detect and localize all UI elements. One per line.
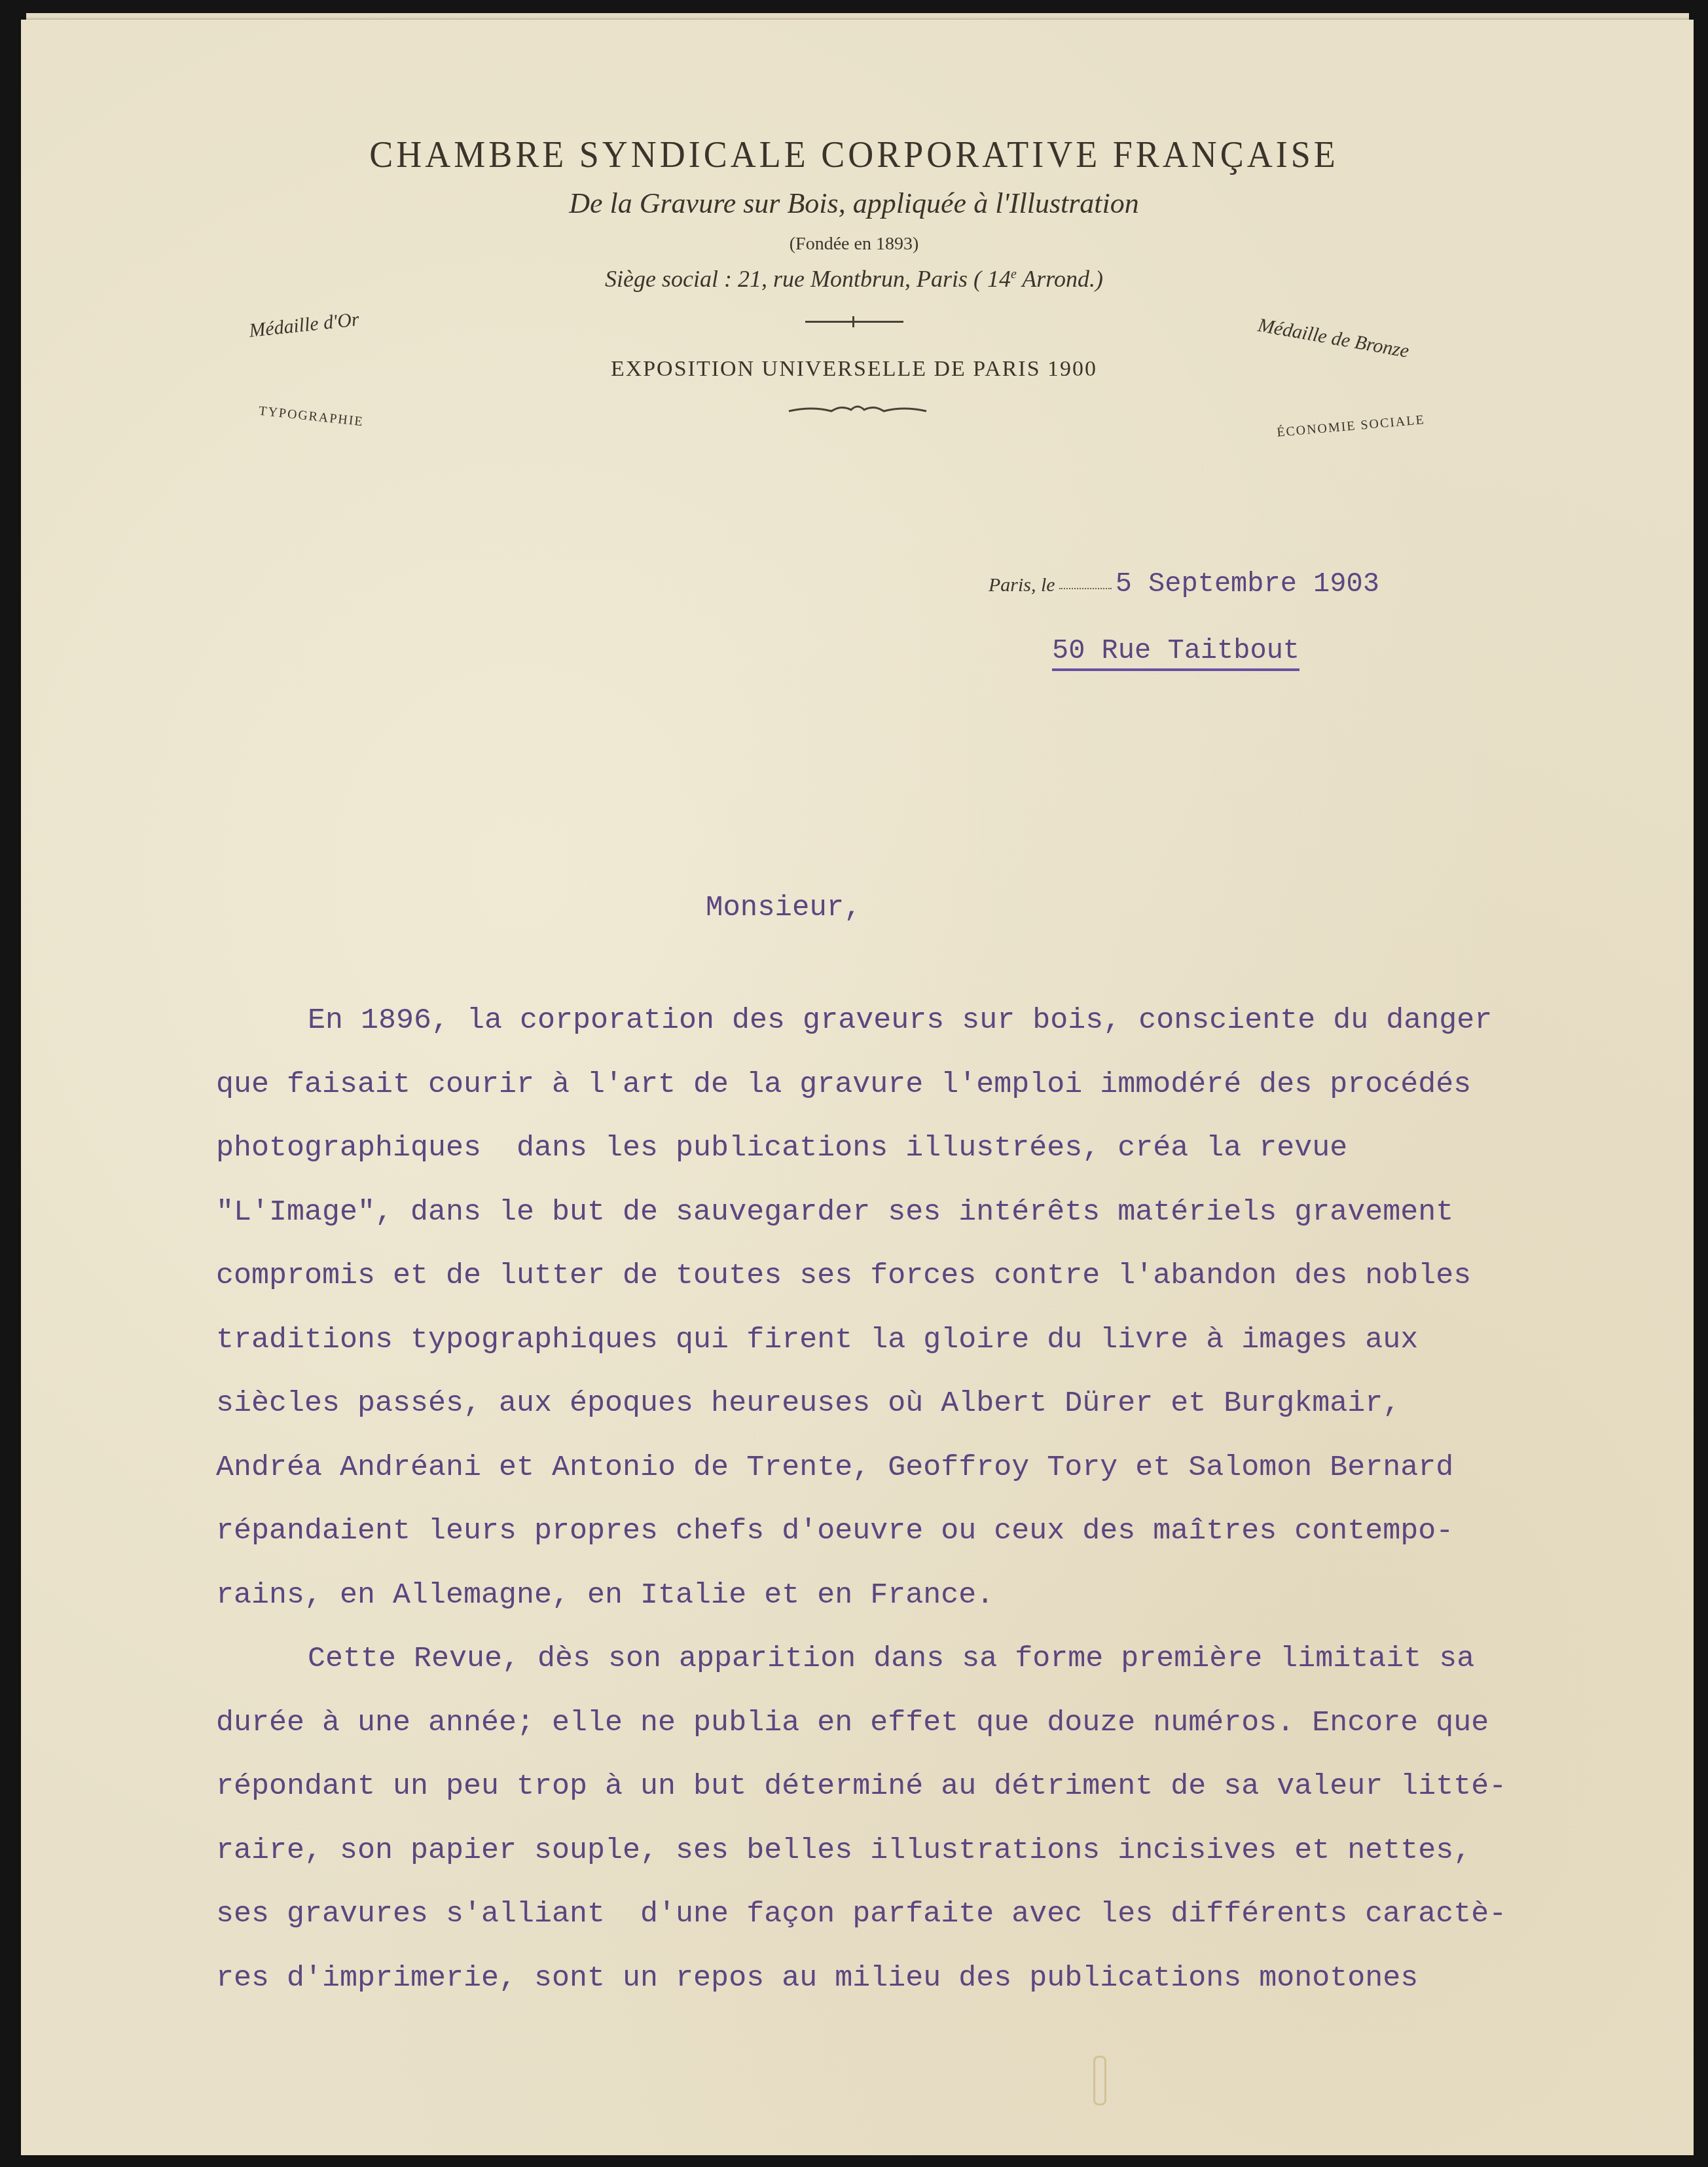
letterhead-seat: Siège social : 21, rue Montbrun, Paris (… — [0, 265, 1708, 293]
seat-suffix: Arrond.) — [1017, 266, 1103, 292]
body-line: que faisait courir à l'art de la gravure… — [216, 1053, 1669, 1117]
dotted-leader — [1059, 588, 1112, 589]
body-line: répandaient leurs propres chefs d'oeuvre… — [216, 1499, 1669, 1563]
letter-date: 5 Septembre 1903 — [1116, 568, 1379, 600]
divider-rule — [805, 321, 903, 323]
body-line: compromis et de lutter de toutes ses for… — [216, 1244, 1669, 1308]
body-line: En 1896, la corporation des graveurs sur… — [216, 989, 1669, 1053]
body-line: traditions typographiques qui firent la … — [216, 1308, 1669, 1372]
salutation: Monsieur, — [706, 892, 862, 924]
letter-body: En 1896, la corporation des graveurs sur… — [216, 989, 1669, 2010]
body-line: répondant un peu trop à un but déterminé… — [216, 1755, 1669, 1819]
letterhead-title: CHAMBRE SYNDICALE CORPORATIVE FRANÇAISE — [0, 133, 1708, 175]
dateline: Paris, le5 Septembre 1903 — [989, 568, 1379, 600]
body-line: siècles passés, aux époques heureuses où… — [216, 1372, 1669, 1436]
body-line: photographiques dans les publications il… — [216, 1116, 1669, 1180]
sender-address: 50 Rue Taitbout — [1052, 637, 1299, 671]
dateline-prefix: Paris, le — [989, 574, 1055, 596]
body-line: Cette Revue, dès son apparition dans sa … — [216, 1627, 1669, 1691]
body-line: "L'Image", dans le but de sauvegarder se… — [216, 1180, 1669, 1245]
ornament-flourish-icon — [786, 399, 930, 419]
seat-text: Siège social : 21, rue Montbrun, Paris (… — [605, 266, 1011, 292]
body-line: Andréa Andréani et Antonio de Trente, Ge… — [216, 1436, 1669, 1500]
letterhead-subtitle: De la Gravure sur Bois, appliquée à l'Il… — [0, 187, 1708, 220]
body-line: res d'imprimerie, sont un repos au milie… — [216, 1946, 1669, 2011]
body-line: durée à une année; elle ne publia en eff… — [216, 1691, 1669, 1755]
letterhead-founded: (Fondée en 1893) — [0, 234, 1708, 255]
paper-stain — [1093, 2056, 1106, 2105]
body-line: raire, son papier souple, ses belles ill… — [216, 1819, 1669, 1883]
body-line: rains, en Allemagne, en Italie et en Fra… — [216, 1563, 1669, 1628]
seat-superscript: e — [1011, 267, 1017, 282]
body-line: ses gravures s'alliant d'une façon parfa… — [216, 1882, 1669, 1946]
exposition-label: EXPOSITION UNIVERSELLE DE PARIS 1900 — [0, 357, 1708, 382]
